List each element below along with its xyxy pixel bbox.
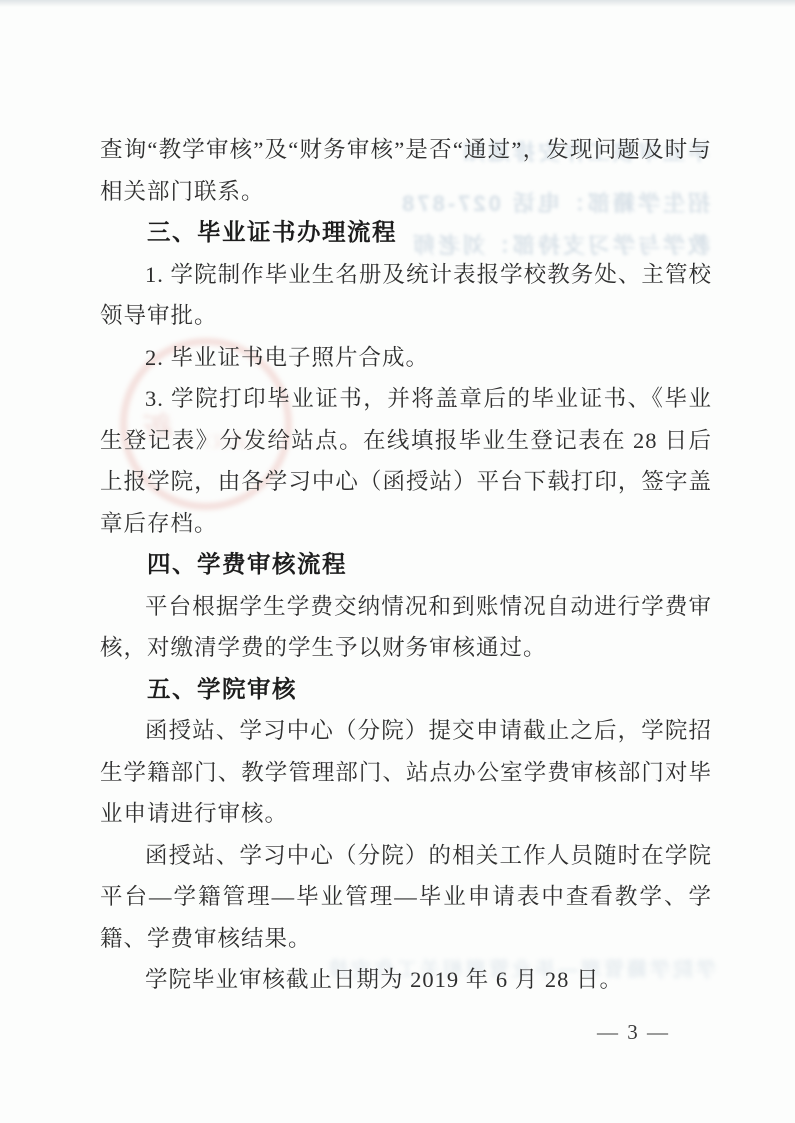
paragraph-college-review: 函授站、学习中心（分院）提交申请截止之后，学院招生学籍部门、教学管理部门、站点办… xyxy=(100,710,712,835)
paragraph-step-3: 3. 学院打印毕业证书，并将盖章后的毕业证书、《毕业生登记表》分发给站点。在线填… xyxy=(100,378,712,544)
paragraph-platform-check: 函授站、学习中心（分院）的相关工作人员随时在学院平台—学籍管理—毕业管理—毕业申… xyxy=(100,835,712,960)
paragraph-deadline: 学院毕业审核截止日期为 2019 年 6 月 28 日。 xyxy=(100,959,712,1001)
section-heading-four: 四、学费审核流程 xyxy=(100,544,712,586)
document-page: 毕业审核工作安排通知 招生学籍部：电话 027-87848551 教学与学习支持… xyxy=(0,0,795,1123)
scan-edge-artifact xyxy=(0,0,795,7)
section-heading-five: 五、学院审核 xyxy=(100,669,712,711)
document-body: 查询“教学审核”及“财务审核”是否“通过”，发现问题及时与相关部门联系。 三、毕… xyxy=(100,129,712,1001)
paragraph-step-1: 1. 学院制作毕业生名册及统计表报学校教务处、主管校领导审批。 xyxy=(100,254,712,337)
page-number: — 3 — xyxy=(597,1020,670,1045)
scanned-document-screenshot: { "page": { "background_color": "#fcfdfc… xyxy=(0,0,795,1123)
section-heading-three: 三、毕业证书办理流程 xyxy=(100,212,712,254)
paragraph-fee-review: 平台根据学生学费交纳情况和到账情况自动进行学费审核，对缴清学费的学生予以财务审核… xyxy=(100,586,712,669)
paragraph-continuation: 查询“教学审核”及“财务审核”是否“通过”，发现问题及时与相关部门联系。 xyxy=(100,129,712,212)
paragraph-step-2: 2. 毕业证书电子照片合成。 xyxy=(100,337,712,379)
